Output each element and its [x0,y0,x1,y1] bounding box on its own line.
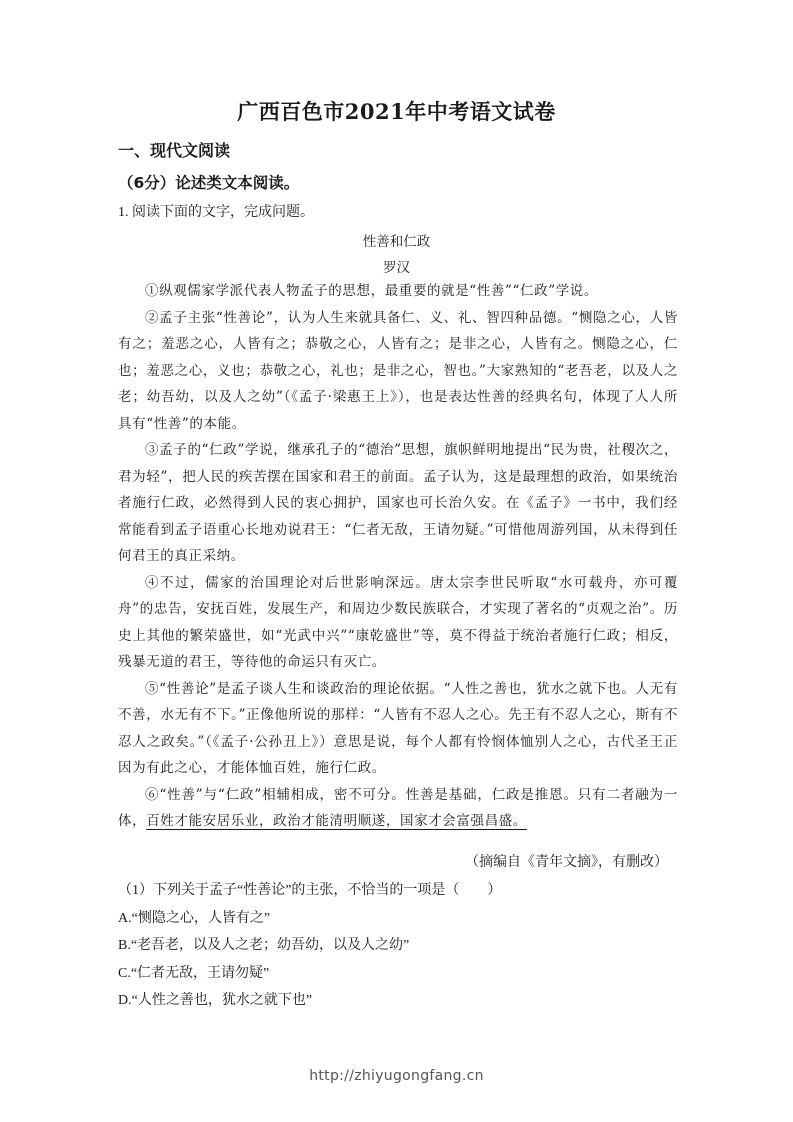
option-d: D.“人性之善也，犹水之就下也” [118,987,678,1015]
article-paragraph-2: ②孟子主张“性善论”，认为人生来就具备仁、义、礼、智四种品德。“恻隐之心，人皆有… [118,305,678,438]
article-paragraph-3: ③孟子的“仁政”学说，继承孔子的“德治”思想，旗帜鲜明地提出“民为贵，社稷次之，… [118,437,678,570]
article-paragraph-1: ①纵观儒家学派代表人物孟子的思想，最重要的就是“性善”“仁政”学说。 [118,278,678,305]
question-instruction: 1. 阅读下面的文字，完成问题。 [118,201,314,221]
article-source: （摘编自《青年文摘》，有删改） [465,851,668,871]
subsection-heading: （6分）论述类文本阅读。 [118,171,299,193]
article-body: ①纵观儒家学派代表人物孟子的思想，最重要的就是“性善”“仁政”学说。 ②孟子主张… [118,278,678,835]
article-paragraph-5: ⑤“性善论”是孟子谈人生和谈政治的理论依据。“人性之善也，犹水之就下也。人无有不… [118,676,678,782]
article-title: 性善和仁政 [0,230,793,250]
underlined-sentence: 百姓才能安居乐业，政治才能清明顺遂，国家才会富强昌盛。 [146,813,527,829]
exam-page: 广西百色市2021年中考语文试卷 一、现代文阅读 （6分）论述类文本阅读。 1.… [0,0,793,1122]
question-stem: （1）下列关于孟子“性善论”的主张，不恰当的一项是（ ） [118,877,678,905]
section-heading: 一、现代文阅读 [118,138,230,161]
option-a: A.“恻隐之心，人皆有之” [118,905,678,933]
page-title: 广西百色市2021年中考语文试卷 [0,96,793,126]
article-paragraph-6: ⑥“性善”与“仁政”相辅相成，密不可分。性善是基础，仁政是推恩。只有二者融为一体… [118,782,678,835]
option-c: C.“仁者无敌，王请勿疑” [118,960,678,988]
option-b: B.“老吾老，以及人之老；幼吾幼，以及人之幼” [118,932,678,960]
article-paragraph-4: ④不过，儒家的治国理论对后世影响深远。唐太宗李世民听取“水可载舟，亦可覆舟”的忠… [118,570,678,676]
footer-url: http://zhiyugongfang.cn [0,1068,793,1084]
article-author: 罗汉 [0,256,793,276]
question-1: （1）下列关于孟子“性善论”的主张，不恰当的一项是（ ） A.“恻隐之心，人皆有… [118,877,678,1015]
